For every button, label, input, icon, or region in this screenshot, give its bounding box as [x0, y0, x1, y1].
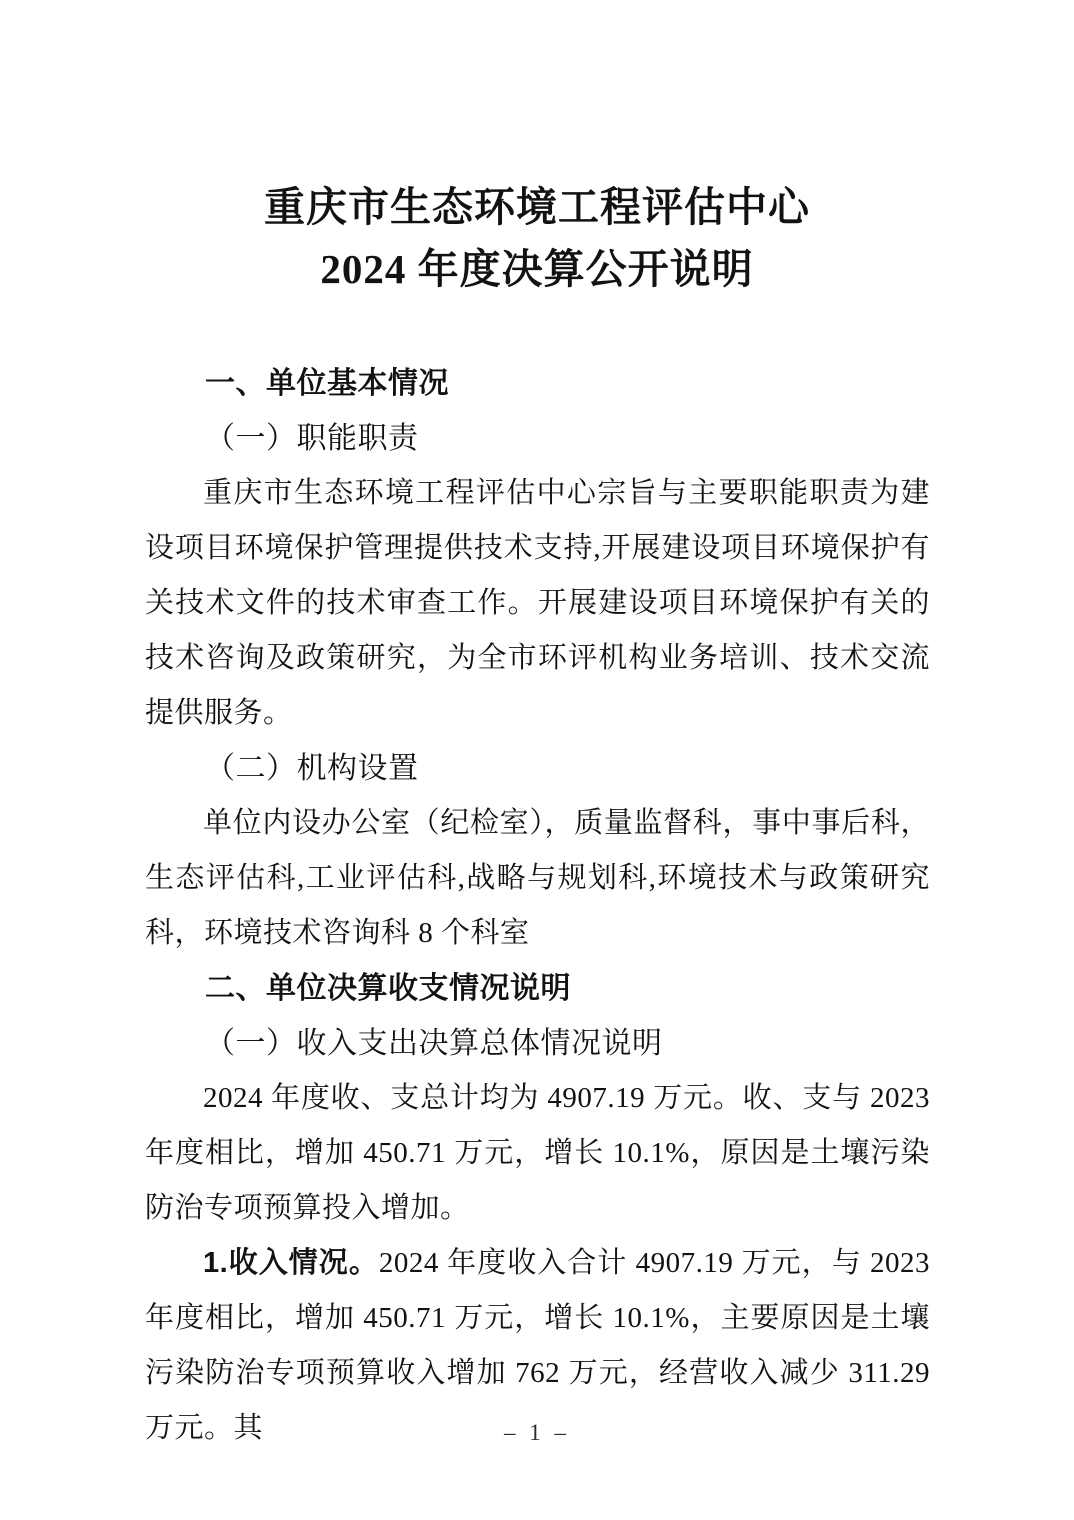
section1-subheading-duties: （一）职能职责: [145, 411, 930, 466]
paragraph-organization: 单位内设办公室（纪检室），质量监督科，事中事后科，生态评估科,工业评估科,战略与…: [145, 796, 930, 961]
document-page: 重庆市生态环境工程评估中心 2024 年度决算公开说明 一、单位基本情况 （一）…: [0, 0, 1074, 1520]
document-body: 一、单位基本情况 （一）职能职责 重庆市生态环境工程评估中心宗旨与主要职能职责为…: [145, 356, 930, 1456]
section2-subheading-overview: （一）收入支出决算总体情况说明: [145, 1016, 930, 1071]
section2-heading: 二、单位决算收支情况说明: [145, 961, 930, 1016]
paragraph-income-lead: 1.收入情况。: [203, 1247, 379, 1279]
document-title-line2: 2024 年度决算公开说明: [0, 238, 1074, 300]
paragraph-functions: 重庆市生态环境工程评估中心宗旨与主要职能职责为建设项目环境保护管理提供技术支持,…: [145, 466, 930, 741]
document-title-line1: 重庆市生态环境工程评估中心: [0, 176, 1074, 238]
page-number: – 1 –: [0, 1418, 1074, 1448]
section1-heading: 一、单位基本情况: [145, 356, 930, 411]
document-title: 重庆市生态环境工程评估中心 2024 年度决算公开说明: [0, 176, 1074, 300]
section1-subheading-structure: （二）机构设置: [145, 741, 930, 796]
paragraph-budget-totals: 2024 年度收、支总计均为 4907.19 万元。收、支与 2023 年度相比…: [145, 1071, 930, 1236]
